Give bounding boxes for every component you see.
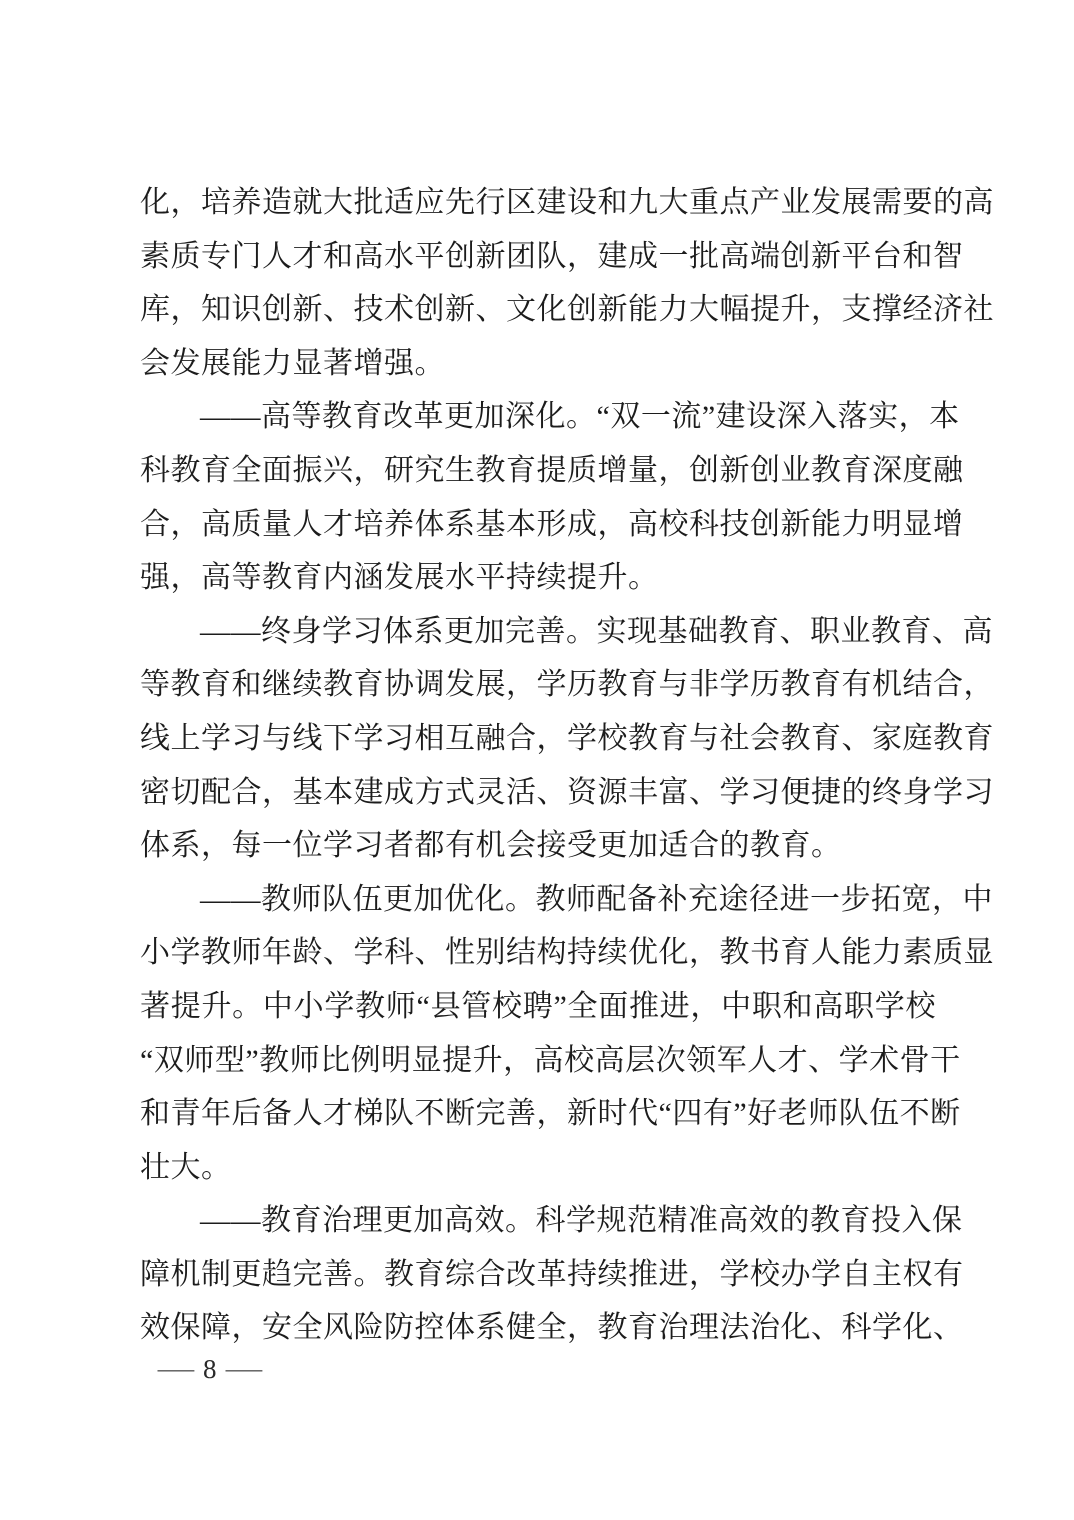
footer-dash-right: — [225,1354,261,1384]
text-line: 会发展能力显著增强。 [140,337,936,391]
text-line: 壮大。 [140,1141,936,1195]
text-line: ——教师队伍更加优化。教师配备补充途径进一步拓宽，中 [140,873,936,927]
text-line: 小学教师年龄、学科、性别结构持续优化，教书育人能力素质显 [140,926,936,980]
footer-dash-left: — [158,1354,194,1384]
paragraph: 化，培养造就大批适应先行区建设和九大重点产业发展需要的高 素质专门人才和高水平创… [140,176,936,390]
text-line: ——终身学习体系更加完善。实现基础教育、职业教育、高 [140,605,936,659]
page-footer: — 8 — [163,1352,257,1386]
text-line: 合，高质量人才培养体系基本形成，高校科技创新能力明显增 [140,498,936,552]
text-line: 等教育和继续教育协调发展，学历教育与非学历教育有机结合， [140,658,936,712]
text-line: 和青年后备人才梯队不断完善，新时代“四有”好老师队伍不断 [140,1087,936,1141]
text-line: 效保障，安全风险防控体系健全，教育治理法治化、科学化、 [140,1301,936,1355]
paragraph: ——高等教育改革更加深化。“双一流”建设深入落实，本 科教育全面振兴，研究生教育… [140,390,936,604]
paragraph: ——教师队伍更加优化。教师配备补充途径进一步拓宽，中 小学教师年龄、学科、性别结… [140,873,936,1195]
text-line: 素质专门人才和高水平创新团队，建成一批高端创新平台和智 [140,230,936,284]
text-line: 密切配合，基本建成方式灵活、资源丰富、学习便捷的终身学习 [140,766,936,820]
text-line: ——高等教育改革更加深化。“双一流”建设深入落实，本 [140,390,936,444]
text-line: “双师型”教师比例明显提升，高校高层次领军人才、学术骨干 [140,1034,936,1088]
text-line: ——教育治理更加高效。科学规范精准高效的教育投入保 [140,1194,936,1248]
text-line: 著提升。中小学教师“县管校聘”全面推进，中职和高职学校 [140,980,936,1034]
document-text-block: 化，培养造就大批适应先行区建设和九大重点产业发展需要的高 素质专门人才和高水平创… [140,176,936,1355]
paragraph: ——终身学习体系更加完善。实现基础教育、职业教育、高 等教育和继续教育协调发展，… [140,605,936,873]
text-line: 障机制更趋完善。教育综合改革持续推进，学校办学自主权有 [140,1248,936,1302]
text-line: 化，培养造就大批适应先行区建设和九大重点产业发展需要的高 [140,176,936,230]
text-line: 强，高等教育内涵发展水平持续提升。 [140,551,936,605]
text-line: 体系，每一位学习者都有机会接受更加适合的教育。 [140,819,936,873]
page-number: 8 [203,1354,217,1385]
text-line: 库，知识创新、技术创新、文化创新能力大幅提升，支撑经济社 [140,283,936,337]
text-line: 线上学习与线下学习相互融合，学校教育与社会教育、家庭教育 [140,712,936,766]
paragraph: ——教育治理更加高效。科学规范精准高效的教育投入保 障机制更趋完善。教育综合改革… [140,1194,936,1355]
text-line: 科教育全面振兴，研究生教育提质增量，创新创业教育深度融 [140,444,936,498]
document-page: 化，培养造就大批适应先行区建设和九大重点产业发展需要的高 素质专门人才和高水平创… [0,0,1074,1520]
